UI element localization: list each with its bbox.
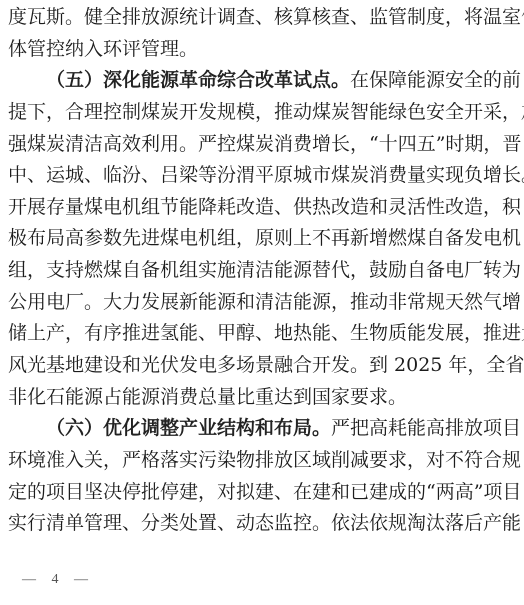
text-line: 提下，合理控制煤炭开发规模，推动煤炭智能绿色安全开采，加 bbox=[8, 97, 516, 129]
section-heading: （五）深化能源革命综合改革试点。 bbox=[46, 69, 350, 91]
text-line: 风光基地建设和光伏发电多场景融合开发。到 2025 年，全省 bbox=[8, 350, 516, 382]
text-line: 储上产，有序推进氢能、甲醇、地热能、生物质能发展，推进大型 bbox=[8, 318, 516, 350]
text-line: 非化石能源占能源消费总量比重达到国家要求。 bbox=[8, 382, 516, 414]
section-heading-line: （六）优化调整产业结构和布局。严把高耗能高排放项目 bbox=[8, 413, 516, 445]
text-line: 公用电厂。大力发展新能源和清洁能源，推动非常规天然气增 bbox=[8, 287, 516, 319]
text-run: 在保障能源安全的前 bbox=[350, 69, 521, 91]
text-line: 中、运城、临汾、吕梁等汾渭平原城市煤炭消费量实现负增长。 bbox=[8, 160, 516, 192]
section-heading: （六）优化调整产业结构和布局。 bbox=[46, 417, 331, 439]
text-line: 极布局高参数先进煤电机组，原则上不再新增燃煤自备发电机 bbox=[8, 223, 516, 255]
section-heading-line: （五）深化能源革命综合改革试点。在保障能源安全的前 bbox=[8, 65, 516, 97]
text-line: 环境准入关，严格落实污染物排放区域削减要求，对不符合规 bbox=[8, 445, 516, 477]
text-line: 体管控纳入环评管理。 bbox=[8, 34, 516, 66]
text-line: 开展存量煤电机组节能降耗改造、供热改造和灵活性改造，积 bbox=[8, 192, 516, 224]
text-line: 组，支持燃煤自备机组实施清洁能源替代，鼓励自备电厂转为 bbox=[8, 255, 516, 287]
text-line: 定的项目坚决停批停建，对拟建、在建和已建成的“两高”项目 bbox=[8, 477, 516, 509]
text-run: 严把高耗能高排放项目 bbox=[331, 417, 521, 439]
page-number: — 4 — bbox=[22, 572, 94, 588]
text-line: 强煤炭清洁高效利用。严控煤炭消费增长，“十四五”时期，晋 bbox=[8, 129, 516, 161]
document-page: 度瓦斯。健全排放源统计调查、核算核查、监管制度，将温室气 体管控纳入环评管理。 … bbox=[8, 2, 516, 540]
text-line: 度瓦斯。健全排放源统计调查、核算核查、监管制度，将温室气 bbox=[8, 2, 516, 34]
text-line: 实行清单管理、分类处置、动态监控。依法依规淘汰落后产能 bbox=[8, 508, 516, 540]
